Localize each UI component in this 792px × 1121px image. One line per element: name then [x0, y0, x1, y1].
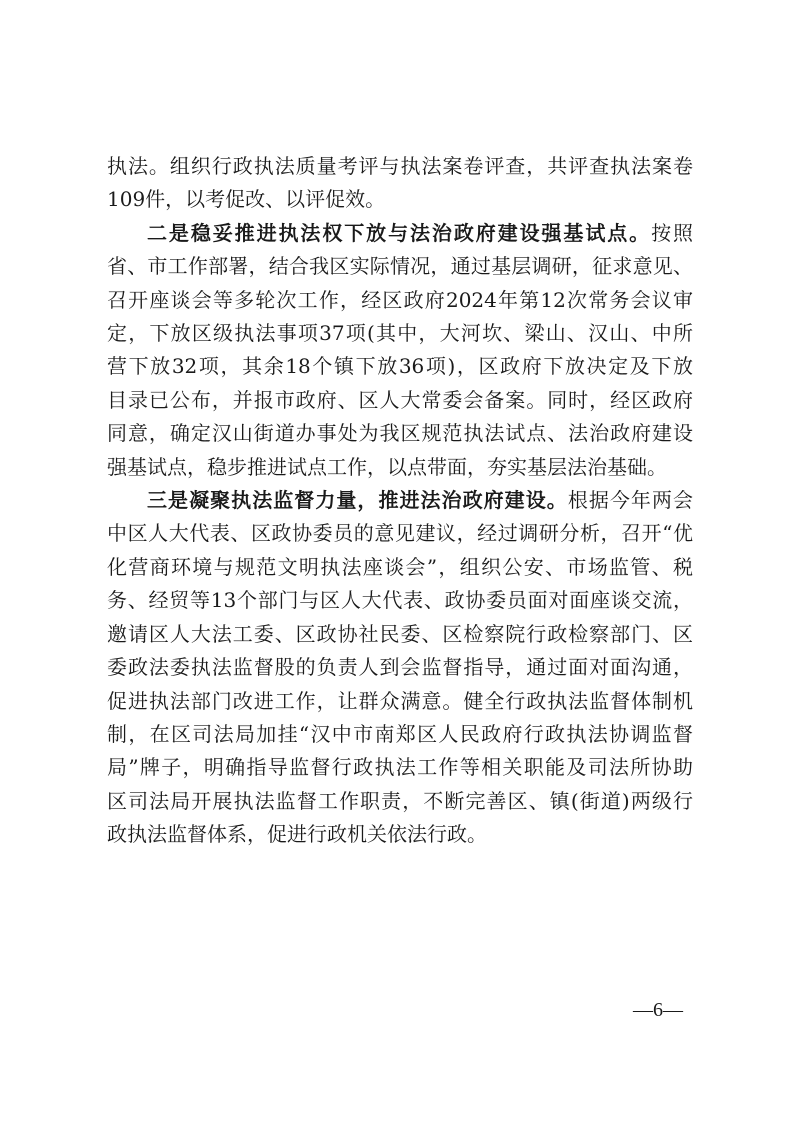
body-text: 营下放32项，其余18个镇下放36项)，区政府下放决定及下放 [107, 354, 693, 378]
text-line: 目录已公布，并报市政府、区人大常委会备案。同时，经区政府 [107, 384, 693, 417]
text-line: 委政法委执法监督股的负责人到会监督指导，通过面对面沟通， [107, 651, 693, 684]
paragraph: 执法。组织行政执法质量考评与执法案卷评查，共评查执法案卷109件，以考促改、以评… [107, 150, 693, 217]
body-text: 109件，以考促改、以评促效。 [107, 187, 385, 211]
bold-heading-text: 二是稳妥推进执法权下放与法治政府建设强基试点。 [147, 221, 651, 245]
text-line: 执法。组织行政执法质量考评与执法案卷评查，共评查执法案卷 [107, 150, 693, 183]
bold-heading-text: 三是凝聚执法监督力量，推进法治政府建设。 [147, 488, 568, 512]
text-line: 化营商环境与规范文明执法座谈会”，组织公安、市场监管、税 [107, 551, 693, 584]
text-line: 营下放32项，其余18个镇下放36项)，区政府下放决定及下放 [107, 350, 693, 383]
body-text: 中区人大代表、区政协委员的意见建议，经过调研分析，召开“优 [107, 521, 693, 545]
text-line: 促进执法部门改进工作，让群众满意。健全行政执法监督体制机 [107, 685, 693, 718]
body-text: 制，在区司法局加挂“汉中市南郑区人民政府行政执法协调监督 [107, 722, 693, 746]
text-line: 召开座谈会等多轮次工作，经区政府2024年第12次常务会议审 [107, 284, 693, 317]
text-line: 定，下放区级执法事项37项(其中，大河坎、梁山、汉山、中所 [107, 317, 693, 350]
body-text: 省、市工作部署，结合我区实际情况，通过基层调研，征求意见、 [107, 254, 693, 278]
document-body: 执法。组织行政执法质量考评与执法案卷评查，共评查执法案卷109件，以考促改、以评… [107, 150, 693, 852]
paragraph: 三是凝聚执法监督力量，推进法治政府建设。根据今年两会中区人大代表、区政协委员的意… [107, 484, 693, 851]
document-page: 执法。组织行政执法质量考评与执法案卷评查，共评查执法案卷109件，以考促改、以评… [0, 0, 792, 1121]
body-text: 局”牌子，明确指导监督行政执法工作等相关职能及司法所协助 [107, 755, 693, 779]
page-number: —6— [628, 999, 688, 1022]
text-line: 二是稳妥推进执法权下放与法治政府建设强基试点。按照 [107, 217, 693, 250]
text-line: 强基试点，稳步推进试点工作，以点带面，夯实基层法治基础。 [107, 451, 693, 484]
body-text: 邀请区人大法工委、区政协社民委、区检察院行政检察部门、区 [107, 622, 693, 646]
text-line: 中区人大代表、区政协委员的意见建议，经过调研分析，召开“优 [107, 517, 693, 550]
body-text: 根据今年两会 [568, 488, 693, 512]
text-line: 109件，以考促改、以评促效。 [107, 183, 693, 216]
text-line: 区司法局开展执法监督工作职责，不断完善区、镇(街道)两级行 [107, 785, 693, 818]
body-text: 务、经贸等13个部门与区人大代表、政协委员面对面座谈交流， [107, 588, 693, 612]
body-text: 区司法局开展执法监督工作职责，不断完善区、镇(街道)两级行 [107, 789, 693, 813]
body-text: 定，下放区级执法事项37项(其中，大河坎、梁山、汉山、中所 [107, 321, 693, 345]
body-text: 委政法委执法监督股的负责人到会监督指导，通过面对面沟通， [107, 655, 693, 679]
body-text: 按照 [651, 221, 693, 245]
body-text: 目录已公布，并报市政府、区人大常委会备案。同时，经区政府 [107, 388, 693, 412]
body-text: 同意，确定汉山街道办事处为我区规范执法试点、法治政府建设 [107, 421, 693, 445]
text-line: 邀请区人大法工委、区政协社民委、区检察院行政检察部门、区 [107, 618, 693, 651]
text-line: 制，在区司法局加挂“汉中市南郑区人民政府行政执法协调监督 [107, 718, 693, 751]
body-text: 政执法监督体系，促进行政机关依法行政。 [107, 822, 487, 846]
text-line: 同意，确定汉山街道办事处为我区规范执法试点、法治政府建设 [107, 417, 693, 450]
text-line: 省、市工作部署，结合我区实际情况，通过基层调研，征求意见、 [107, 250, 693, 283]
body-text: 促进执法部门改进工作，让群众满意。健全行政执法监督体制机 [107, 689, 693, 713]
text-line: 政执法监督体系，促进行政机关依法行政。 [107, 818, 693, 851]
body-text: 召开座谈会等多轮次工作，经区政府2024年第12次常务会议审 [107, 288, 693, 312]
body-text: 强基试点，稳步推进试点工作，以点带面，夯实基层法治基础。 [107, 455, 667, 479]
text-line: 务、经贸等13个部门与区人大代表、政协委员面对面座谈交流， [107, 584, 693, 617]
paragraph: 二是稳妥推进执法权下放与法治政府建设强基试点。按照省、市工作部署，结合我区实际情… [107, 217, 693, 484]
text-line: 局”牌子，明确指导监督行政执法工作等相关职能及司法所协助 [107, 751, 693, 784]
body-text: 化营商环境与规范文明执法座谈会”，组织公安、市场监管、税 [107, 555, 693, 579]
body-text: 执法。组织行政执法质量考评与执法案卷评查，共评查执法案卷 [107, 154, 693, 178]
text-line: 三是凝聚执法监督力量，推进法治政府建设。根据今年两会 [107, 484, 693, 517]
